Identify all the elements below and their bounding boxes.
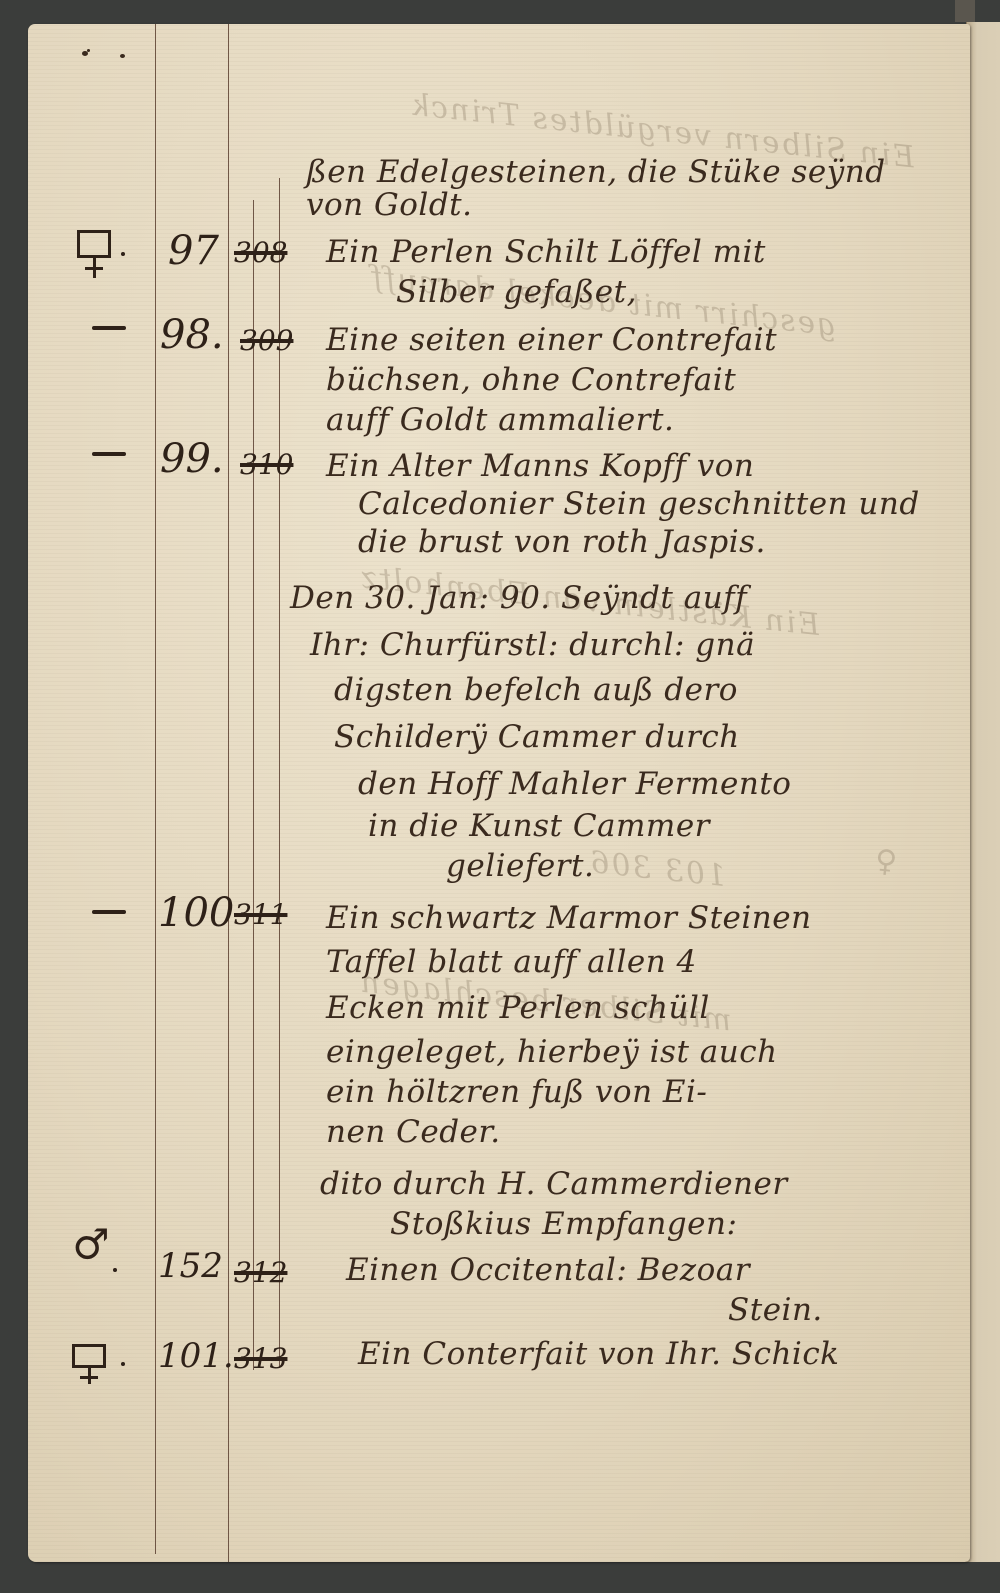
bleed-through-numbers: 103 306: [587, 845, 728, 894]
ink-speck: [87, 49, 90, 52]
old-number-struck: 313: [234, 1342, 287, 1375]
rule-line-oldnumber-left: [253, 200, 254, 1370]
dash-marker: [92, 326, 126, 330]
old-number-struck: 308: [234, 236, 287, 269]
entry-number: 99.: [160, 436, 224, 482]
entry-text-line: ein höltzren fuß von Ei-: [326, 1074, 707, 1110]
marker-dot: [121, 252, 125, 256]
manuscript-scan: Ein Silbern vergüldtes Trinck geschirr m…: [0, 0, 1000, 1593]
dash-marker: [92, 452, 126, 456]
facing-page-edge: [966, 22, 1000, 1562]
entry-text-line: Taffel blatt auff allen 4: [326, 944, 697, 980]
entry-text-line: auff Goldt ammaliert.: [326, 402, 674, 438]
entry-text-line: Silber gefaßet,: [396, 274, 637, 310]
entry-number: 152: [158, 1246, 223, 1286]
note-line: in die Kunst Cammer: [368, 808, 710, 844]
old-number-struck: 312: [234, 1256, 287, 1289]
note-line: digsten befelch auß dero: [334, 672, 738, 708]
entry-text-line: Calcedonier Stein geschnitten und: [358, 486, 920, 522]
old-number-struck: 309: [240, 324, 293, 357]
continuation-line: ßen Edelgesteinen, die Stüke seÿnd: [306, 154, 886, 190]
binding-shadow: [955, 0, 975, 22]
entry-text-line: nen Ceder.: [326, 1114, 501, 1150]
entry-number: 101.: [158, 1336, 234, 1376]
entry-text-line: Ecken mit Perlen schüll: [326, 990, 710, 1026]
entry-text-line: büchsen, ohne Contrefait: [326, 362, 736, 398]
entry-text-line: eingeleget, hierbeÿ ist auch: [326, 1034, 778, 1070]
entry-text-line: Stein.: [728, 1292, 823, 1328]
dash-marker: [92, 910, 126, 914]
mars-symbol: ♂: [72, 1220, 110, 1269]
entry-text-line: Ein Conterfait von Ihr. Schick: [358, 1336, 839, 1372]
entry-text-line: Eine seiten einer Contrefait: [326, 322, 777, 358]
entry-number: 100: [158, 890, 234, 936]
entry-text-line: Ein schwartz Marmor Steinen: [326, 900, 812, 936]
entry-number: 98.: [160, 312, 224, 358]
note-line: dito durch H. Cammerdiener: [320, 1166, 788, 1202]
old-number-struck: 310: [240, 448, 293, 481]
old-number-struck: 311: [234, 898, 287, 931]
bleed-through-symbol: ♀: [871, 843, 898, 880]
note-line: Stoßkius Empfangen:: [390, 1206, 737, 1242]
ink-speck: [120, 54, 125, 58]
entry-text-line: die brust von roth Jaspis.: [358, 524, 766, 560]
note-line: Den 30. Jan: 90. Seÿndt auff: [290, 580, 747, 616]
note-line: geliefert.: [446, 848, 594, 884]
note-line: Schilderÿ Cammer durch: [334, 719, 740, 755]
rule-line-margin: [155, 24, 156, 1554]
entry-text-line: Ein Perlen Schilt Löffel mit: [326, 234, 766, 270]
marker-dot: [121, 1362, 125, 1366]
note-line: den Hoff Mahler Fermento: [358, 766, 791, 802]
note-line: Ihr: Churfürstl: durchl: gnä: [310, 627, 755, 663]
entry-text-line: Einen Occitental: Bezoar: [346, 1252, 750, 1288]
rule-line-number: [228, 24, 229, 1562]
ledger-page: Ein Silbern vergüldtes Trinck geschirr m…: [28, 24, 970, 1562]
entry-text-line: Ein Alter Manns Kopff von: [326, 448, 754, 484]
continuation-line: von Goldt.: [306, 187, 473, 223]
entry-number: 97: [168, 228, 219, 274]
marker-dot: [113, 1268, 117, 1272]
